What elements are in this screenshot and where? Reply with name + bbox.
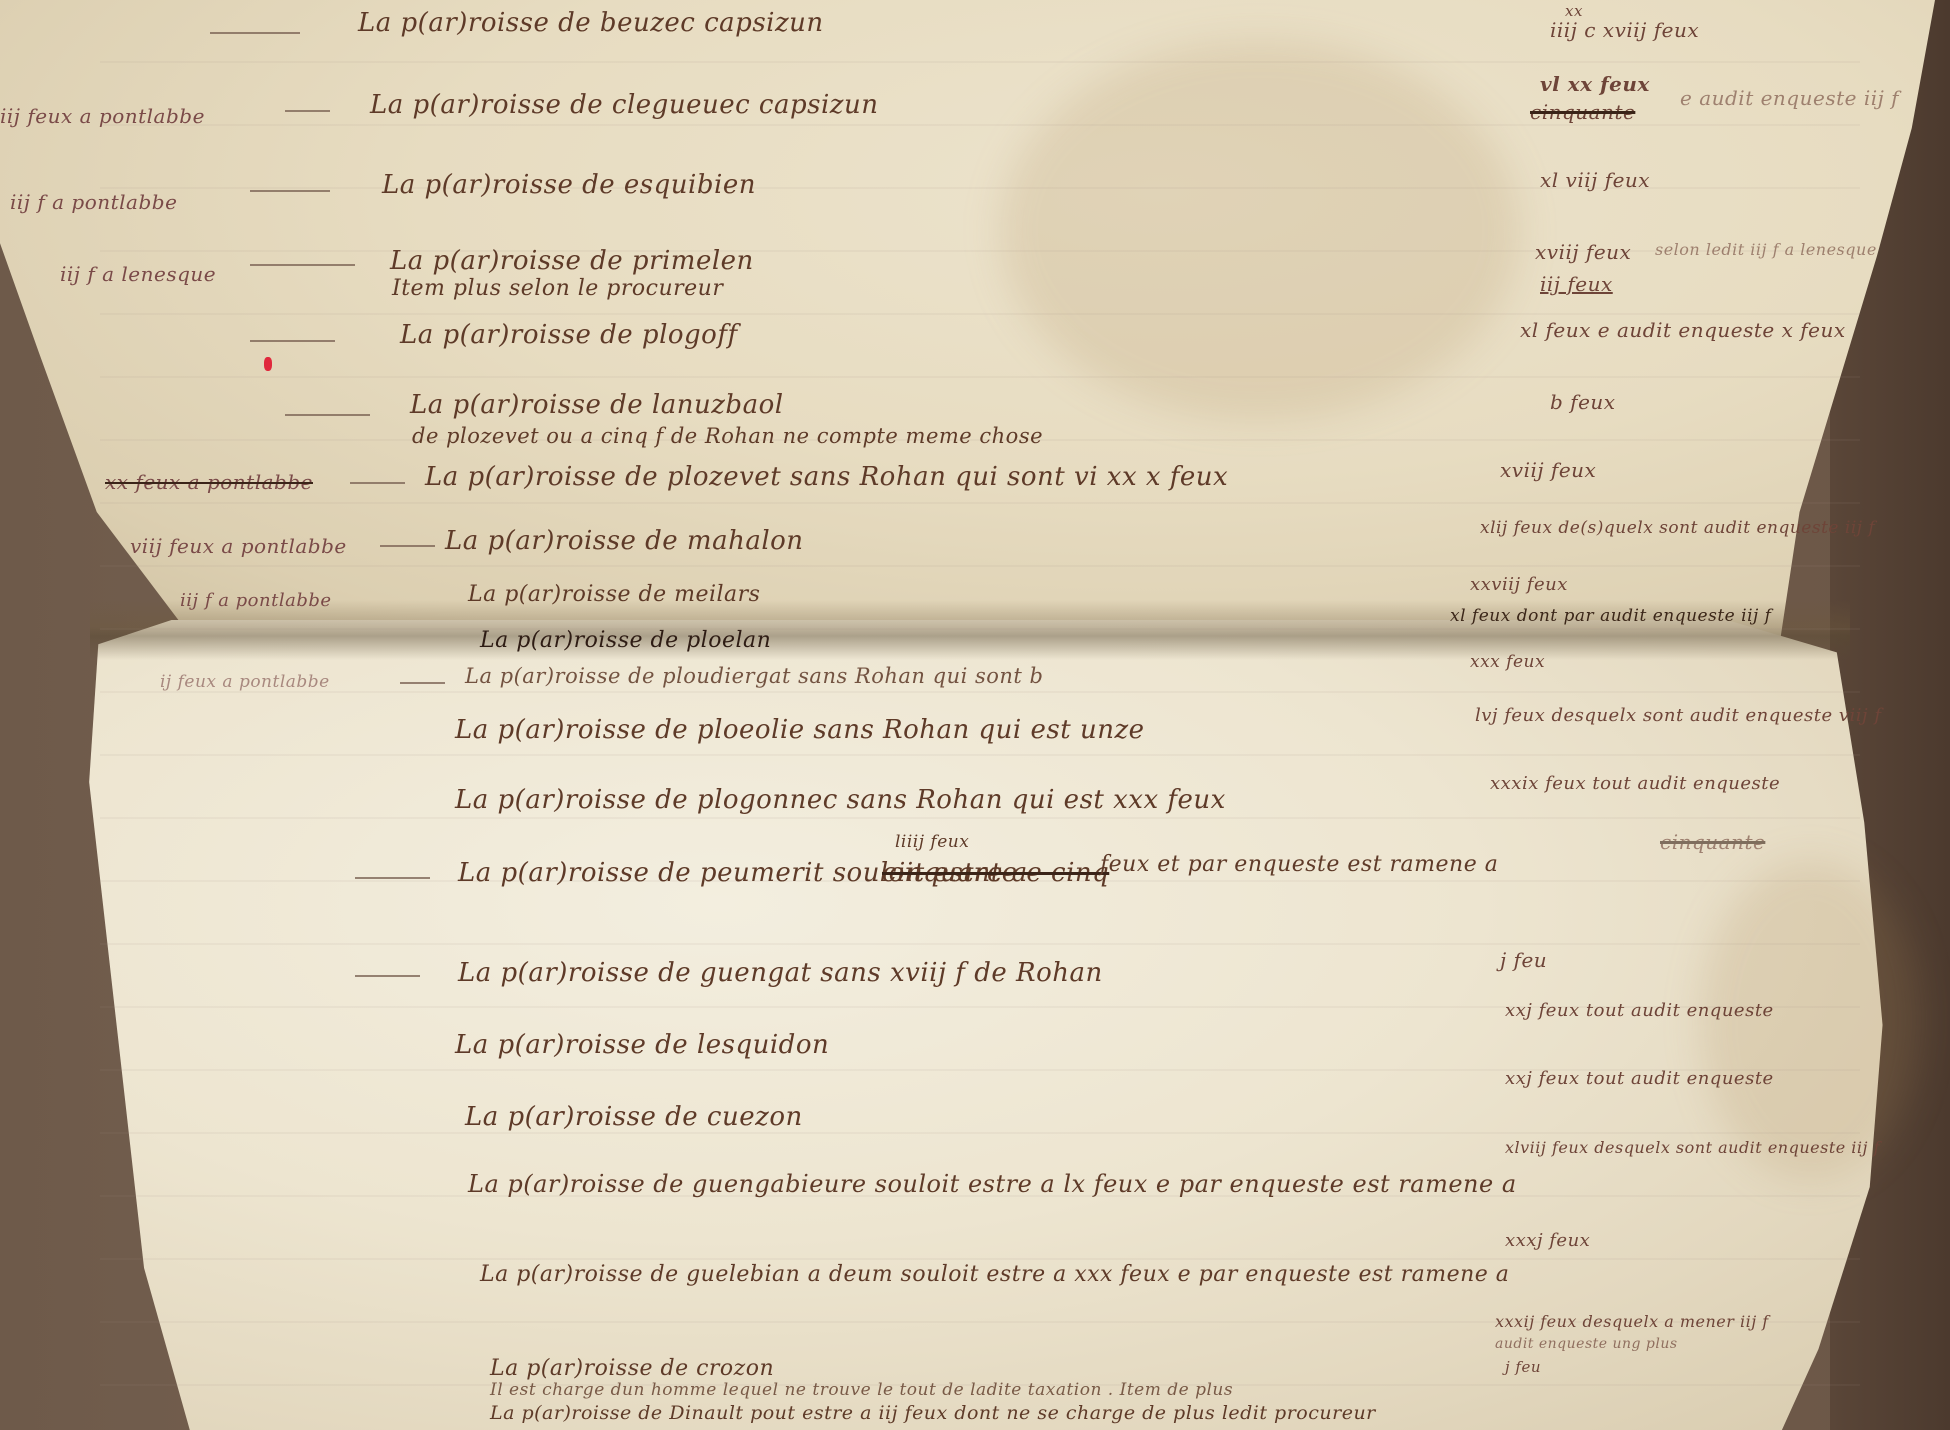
entry-subtext: La p(ar)roisse de Dinault pout estre a i…	[490, 1402, 1376, 1424]
entry-text: La p(ar)roisse de ploudiergat sans Rohan…	[465, 664, 1044, 688]
entry-right-note: j feu	[1505, 1358, 1541, 1376]
entry-right-count-2: iij feux	[1540, 272, 1613, 296]
leader-dash	[350, 482, 405, 484]
entry-right-count: xxj feux tout audit enqueste	[1505, 1000, 1774, 1021]
entry-right-struck: cinquante	[1660, 830, 1765, 854]
red-ink-mark	[264, 357, 272, 371]
entry-right-count: iiij c xviij feux	[1550, 18, 1699, 42]
leader-dash	[210, 32, 300, 34]
entry-right-count: lvj feux desquelx sont audit enqueste vi…	[1475, 705, 1882, 726]
entry-text: La p(ar)roisse de beuzec capsizun	[358, 8, 824, 38]
entry-right-count: xl feux dont par audit enqueste iij f	[1450, 606, 1771, 626]
entry-text: La p(ar)roisse de plozevet sans Rohan qu…	[425, 462, 1228, 492]
leader-dash	[400, 682, 445, 684]
entry-text: La p(ar)roisse de clegueuec capsizun	[370, 90, 878, 120]
entry-right-count: vl xx feux	[1540, 72, 1650, 96]
stain	[1000, 40, 1520, 420]
entry-margin-note: iij f a pontlabbe	[10, 190, 177, 214]
entry-subtext: Item plus selon le procureur	[392, 276, 723, 301]
entry-text: La p(ar)roisse de ploeolie sans Rohan qu…	[455, 715, 1145, 745]
leader-dash	[250, 264, 355, 266]
entry-margin-note: iij f a pontlabbe	[180, 590, 332, 611]
leader-dash	[285, 414, 370, 416]
entry-margin-note: ij feux a pontlabbe	[160, 672, 330, 692]
entry-right-count: b feux	[1550, 390, 1616, 414]
entry-text: La p(ar)roisse de lanuzbaol	[410, 390, 784, 420]
entry-right-count: xl feux e audit enqueste x feux	[1520, 318, 1846, 342]
entry-text: La p(ar)roisse de guelebian a deum soulo…	[480, 1262, 1509, 1287]
entry-subtext: Il est charge dun homme lequel ne trouve…	[490, 1380, 1233, 1400]
entry-margin-note: viij feux a pontlabbe	[130, 534, 347, 558]
entry-text-continued: feux et par enqueste est ramene a	[1100, 852, 1498, 877]
entry-text: La p(ar)roisse de cuezon	[465, 1102, 803, 1132]
entry-right-count: xxxij feux desquelx a mener iij f	[1495, 1312, 1769, 1331]
entry-subtext: de plozevet ou a cinq f de Rohan ne comp…	[412, 424, 1043, 448]
entry-margin-note: iij f a lenesque	[60, 262, 216, 286]
entry-right-note: selon ledit iij f a lenesque	[1655, 240, 1877, 259]
leader-dash	[380, 545, 435, 547]
entry-right-note: audit enqueste ung plus	[1495, 1336, 1678, 1352]
entry-right-count: xxxix feux tout audit enqueste	[1490, 773, 1780, 794]
entry-right-count: xl viij feux	[1540, 168, 1650, 192]
entry-margin-note-struck: xx feux a pontlabbe	[105, 470, 313, 494]
entry-right-count: xxxj feux	[1505, 1230, 1590, 1251]
entry-text: La p(ar)roisse de guengat sans xviij f d…	[458, 958, 1103, 988]
entry-right-count: xlij feux de(s)quelx sont audit enqueste…	[1480, 518, 1875, 538]
entry-text: La p(ar)roisse de plogonnec sans Rohan q…	[455, 785, 1226, 815]
leader-dash	[355, 877, 430, 879]
entry-text: La p(ar)roisse de ploelan	[480, 628, 771, 653]
entry-text: La p(ar)roisse de mahalon	[445, 526, 804, 556]
entry-right-count: xxj feux tout audit enqueste	[1505, 1068, 1774, 1089]
entry-margin-note: iij feux a pontlabbe	[0, 104, 205, 128]
entry-right-count: xxx feux	[1470, 652, 1545, 672]
entry-text-struck: cinquante e cinq	[882, 858, 1109, 888]
leader-dash	[250, 190, 330, 192]
entry-right-struck: cinquante	[1530, 100, 1635, 124]
entry-text: La p(ar)roisse de esquibien	[382, 170, 756, 200]
entry-text: La p(ar)roisse de meilars	[468, 582, 760, 607]
leader-dash	[250, 340, 335, 342]
entry-right-note: e audit enqueste iij f	[1680, 86, 1899, 110]
entry-right-count: xxviij feux	[1470, 574, 1568, 595]
entry-text: La p(ar)roisse de plogoff	[400, 320, 738, 350]
entry-right-count: xlviij feux desquelx sont audit enqueste…	[1505, 1138, 1880, 1157]
entry-text: La p(ar)roisse de lesquidon	[455, 1030, 829, 1060]
entry-right-count: j feu	[1500, 948, 1547, 972]
entry-text: La p(ar)roisse de primelen	[390, 246, 754, 276]
leader-dash	[355, 975, 420, 977]
leader-dash	[285, 110, 330, 112]
entry-interlinear: liiij feux	[895, 832, 969, 852]
entry-right-count: xviij feux	[1500, 458, 1596, 482]
entry-text: La p(ar)roisse de guengabieure souloit e…	[468, 1170, 1517, 1198]
entry-right-count: xviij feux	[1535, 240, 1631, 264]
entry-text: La p(ar)roisse de crozon	[490, 1356, 774, 1381]
